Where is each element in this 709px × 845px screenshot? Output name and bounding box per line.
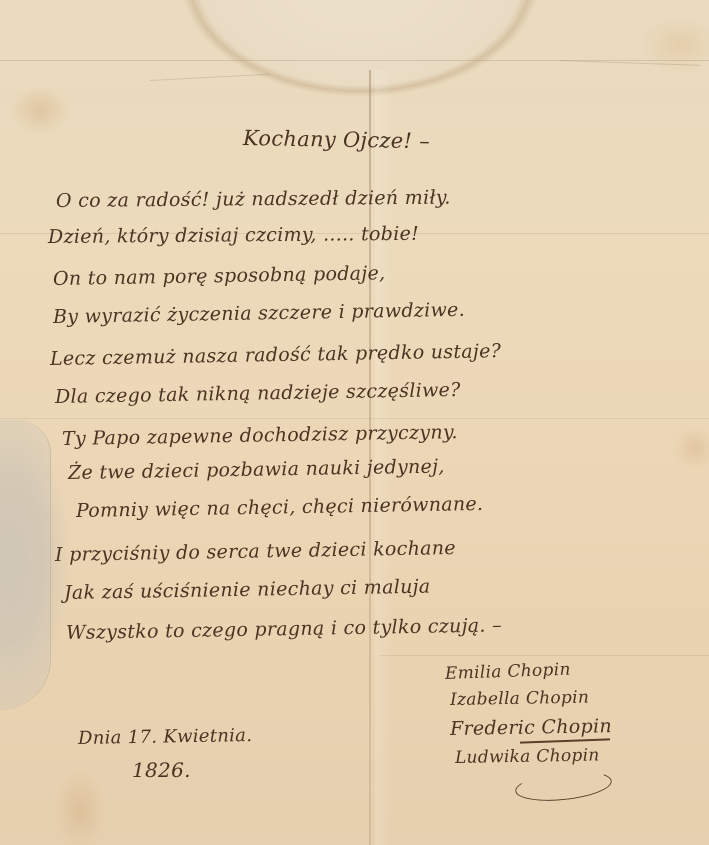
verse-line-12: Wszystko to czego pragną i co tylko czuj… — [66, 614, 502, 644]
verse-line-3: On to nam porę sposobną podaje, — [53, 262, 386, 290]
verse-line-1: O co za radość! już nadszedł dzień miły. — [56, 187, 451, 212]
signature-frederic: Frederic Chopin — [450, 715, 612, 740]
paper-crease — [150, 74, 270, 81]
verse-line-5: Lecz czemuż nasza radość tak prędko usta… — [50, 340, 502, 370]
signature-izabella: Izabella Chopin — [450, 688, 589, 710]
manuscript-page: Kochany Ojcze! – O co za radość! już nad… — [0, 0, 709, 845]
signature-underline — [520, 738, 610, 743]
water-stain — [0, 420, 51, 710]
verse-line-7: Ty Papo zapewne dochodzisz przyczyny. — [62, 421, 458, 450]
verse-line-10: I przyciśniy do serca twe dzieci kochane — [55, 537, 456, 566]
verse-line-6: Dla czego tak nikną nadzieje szczęśliwe? — [55, 379, 461, 408]
signature-flourish — [514, 767, 613, 805]
horizontal-crease — [380, 655, 709, 656]
horizontal-crease — [0, 418, 709, 419]
signature-emilia: Emilia Chopin — [445, 660, 571, 684]
salutation: Kochany Ojcze! – — [243, 126, 430, 153]
signature-ludwika: Ludwika Chopin — [455, 745, 600, 768]
verse-line-2: Dzień, który dzisiaj czcimy, ..... tobie… — [48, 223, 419, 248]
date-year: 1826. — [132, 758, 191, 782]
date-line: Dnia 17. Kwietnia. — [78, 725, 253, 749]
verse-line-4: By wyrazić życzenia szczere i prawdziwe. — [53, 299, 465, 328]
verse-line-9: Pomniy więc na chęci, chęci nierównane. — [76, 493, 484, 522]
